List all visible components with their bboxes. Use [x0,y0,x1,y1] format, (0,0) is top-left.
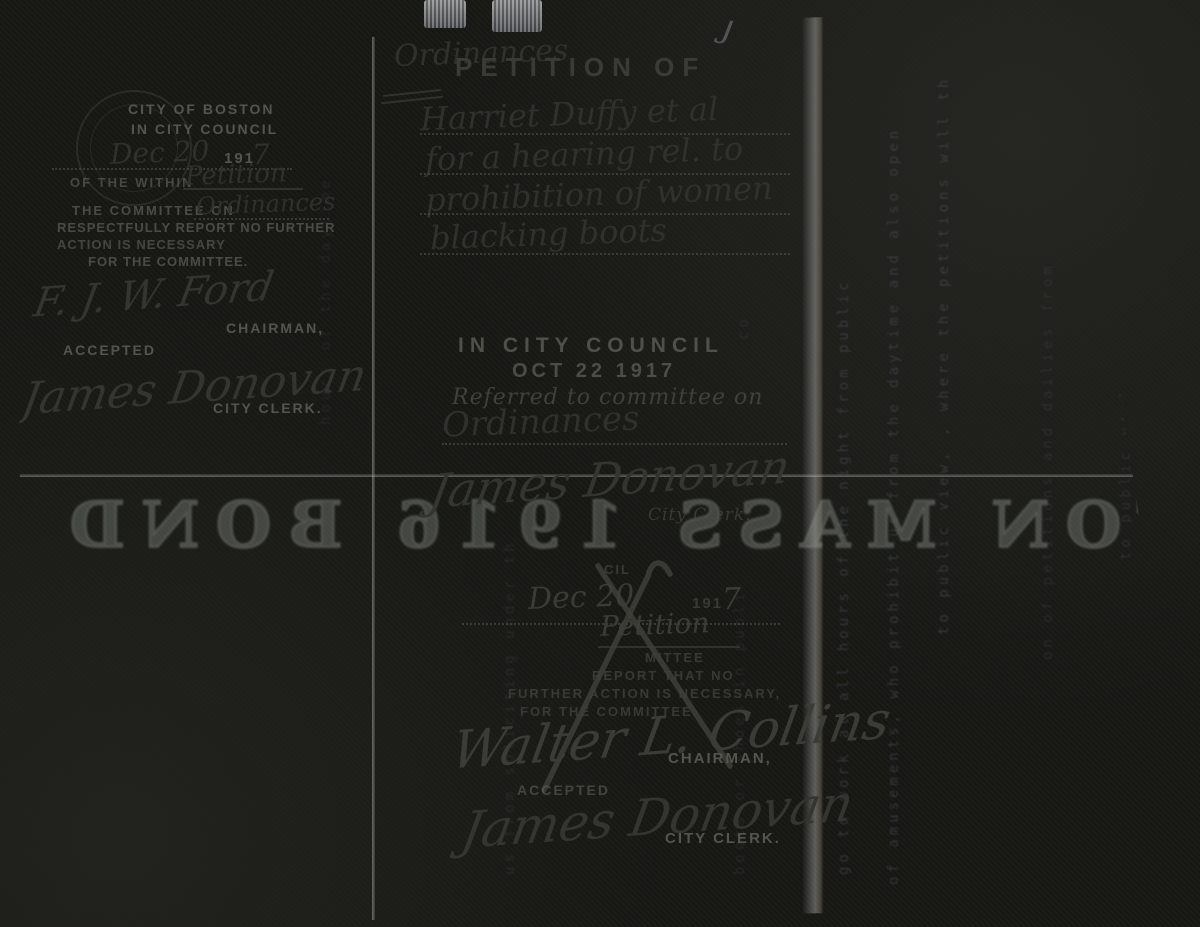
city-clerk-italic-label: City Clerk. [648,505,752,525]
handwritten-ordinances: Ordinances [196,188,336,221]
bleedthrough-column: to public viol [1118,40,1134,560]
chairman-signature: F. J. W. Ford [30,263,277,326]
petition-paper: TON MASS 1916 BOND NO. 21 go to work at … [0,0,1200,927]
stamp-chairman-lower: CHAIRMAN, [668,750,772,767]
handwritten-petition: Petition [185,158,288,192]
dotted-rule [420,253,790,255]
stamp-in-city-council-center: IN CITY COUNCIL [458,334,724,358]
stamp-of-the-within: OF THE WITHIN [70,175,194,190]
bleedthrough-column: on of petitions and dailies from [1040,230,1056,660]
stamp-city-of-boston: CITY OF BOSTON [128,101,275,117]
bleedthrough-column: to public view, , where the petitions wi… [936,75,952,635]
bleedthrough-column: of amusements, who prohibit us from the … [886,55,902,885]
binder-clip-right [492,0,542,32]
stamp-chairman: CHAIRMAN, [226,320,324,336]
petition-line-4: blacking boots [429,211,667,257]
stamp-city-clerk-lower: CITY CLERK. [665,830,781,847]
stamp-city-clerk: CITY CLERK. [213,400,323,416]
stamp-oct-date: OCT 22 1917 [512,360,676,383]
stamp-report-line1: RESPECTFULLY REPORT NO FURTHER [57,220,335,235]
stamp-accepted: ACCEPTED [63,342,156,358]
stamp-report-line2: ACTION IS NECESSARY [57,237,226,252]
photograph-of-petition-document: TON MASS 1916 BOND NO. 21 go to work at … [0,0,1200,927]
binder-clip-left [424,0,466,28]
handwritten-ordinances-center: Ordinances [441,399,640,446]
petition-of-heading: PETITION OF [455,52,706,83]
pencil-mark: J [719,7,738,47]
